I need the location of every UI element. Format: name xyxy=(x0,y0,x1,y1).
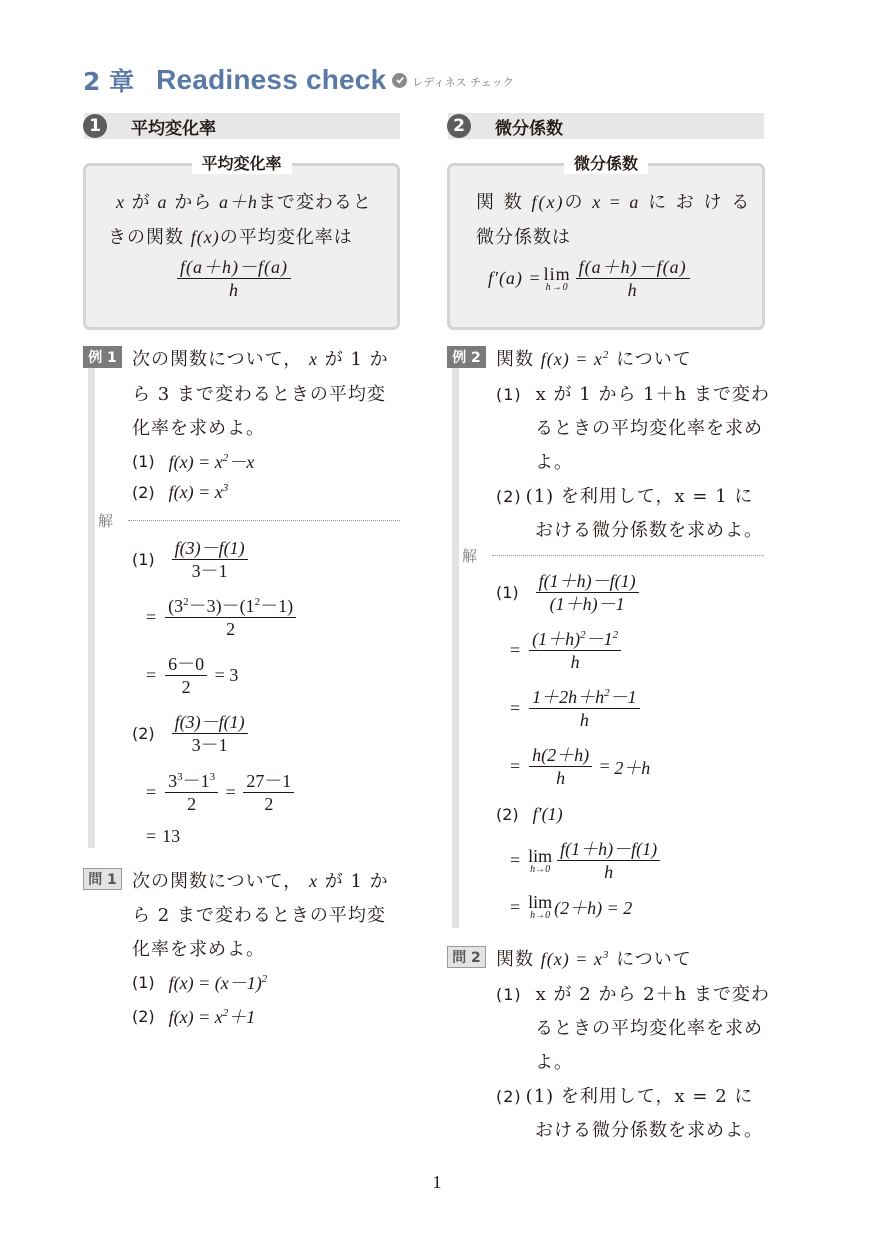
question-tag-2: 問 2 xyxy=(447,946,486,968)
chapter-label: 2 章 xyxy=(83,62,134,98)
title-subtitle: レディネス チェック xyxy=(412,74,513,90)
solution-2-step-3: = limh→0 (2＋h) = 2 xyxy=(510,893,632,921)
definition-box-derivative: 微分係数 関 数 f(x)の x = a に お け る 微分係数は f′(a)… xyxy=(447,163,765,330)
example-2-intro: 関数 f(x) = x2 について xyxy=(496,345,692,371)
question-1-text-line-1: 次の関数について， x が 1 か xyxy=(132,867,389,893)
section-number-badge: 2 xyxy=(447,114,471,138)
box-text-line-1: x が a から a＋hまで変わると xyxy=(116,188,372,214)
example-2-item-2-line-2: おける微分係数を求めよ。 xyxy=(535,516,763,542)
solution-1-step-1: (1) f(3)－f(1)3－1 xyxy=(132,537,251,582)
box-formula: f(a＋h)－f(a)h xyxy=(174,256,294,301)
solution-1-step-3: = 6－02 = 3 xyxy=(146,653,238,698)
example-2-item-2: (2)(1) を利用して，x = 1 に xyxy=(496,482,753,508)
example-tag-1: 例 1 xyxy=(83,346,122,368)
question-tag-1: 問 1 xyxy=(83,868,122,890)
example-1-text-line-3: 化率を求めよ。 xyxy=(132,414,265,440)
example-side-bar xyxy=(88,368,95,848)
solution-2-step-1: (2) f(3)－f(1)3－1 xyxy=(132,711,251,756)
section-title: 平均変化率 xyxy=(131,114,216,139)
section-title: 微分係数 xyxy=(495,114,563,139)
solution-2-step-1: (2)f′(1) xyxy=(496,804,563,825)
question-2-item-2-line-2: おける微分係数を求めよ。 xyxy=(535,1116,763,1142)
question-2-item-1-line-2: るときの平均変化率を求め xyxy=(535,1014,763,1040)
box-text-line-2: 微分係数は xyxy=(476,223,571,249)
question-1-text-line-3: 化率を求めよ。 xyxy=(132,935,265,961)
example-2-item-1-line-3: よ。 xyxy=(535,448,573,474)
solution-label: 解 xyxy=(462,545,477,566)
solution-1-step-1: (1) f(1＋h)－f(1)(1＋h)－1 xyxy=(496,570,642,615)
box-title: 平均変化率 xyxy=(191,151,291,174)
example-side-bar xyxy=(452,368,459,928)
definition-box-average-rate: 平均変化率 x が a から a＋hまで変わると きの関数 f(x)の平均変化率… xyxy=(83,163,400,330)
section-header-1: 1 平均変化率 xyxy=(84,113,400,139)
check-icon xyxy=(392,73,407,88)
example-2-item-1: (1)x が 1 から 1＋h まで変わ xyxy=(496,380,770,406)
question-2-item-1-line-3: よ。 xyxy=(535,1048,573,1074)
example-1-item-1: (1)f(x) = x2－x xyxy=(132,448,254,474)
box-title: 微分係数 xyxy=(564,151,648,174)
solution-1-step-2: = (32－3)－(12－1)2 xyxy=(146,595,299,640)
page-number: 1 xyxy=(0,1172,874,1193)
solution-divider xyxy=(128,520,400,521)
solution-label: 解 xyxy=(98,510,113,531)
example-2-item-1-line-2: るときの平均変化率を求め xyxy=(535,414,763,440)
question-1-text-line-2: ら 2 まで変わるときの平均変 xyxy=(132,901,386,927)
box-text-line-2: きの関数 f(x)の平均変化率は xyxy=(108,223,353,249)
example-tag-2: 例 2 xyxy=(447,346,486,368)
example-1-text-line-2: ら 3 まで変わるときの平均変 xyxy=(132,380,386,406)
example-1-text-line-1: 次の関数について， x が 1 か xyxy=(132,345,389,371)
example-1-item-2: (2)f(x) = x3 xyxy=(132,482,228,503)
solution-1-step-4: = h(2＋h)h = 2＋h xyxy=(510,744,650,789)
solution-1-step-2: = (1＋h)2－12h xyxy=(510,628,624,673)
section-header-2: 2 微分係数 xyxy=(448,113,764,139)
question-1-item-2: (2)f(x) = x2＋1 xyxy=(132,1003,255,1029)
solution-2-step-2: = limh→0 f(1＋h)－f(1)h xyxy=(510,838,663,883)
question-2-intro: 関数 f(x) = x3 について xyxy=(496,945,692,971)
box-formula: f′(a) = limh→0 f(a＋h)－f(a)h xyxy=(488,256,693,301)
question-2-item-1: (1)x が 2 から 2＋h まで変わ xyxy=(496,980,770,1006)
solution-2-step-2: = 33－132 = 27－12 xyxy=(146,770,297,815)
page-title: 2 章 Readiness check レディネス チェック xyxy=(83,60,514,100)
solution-2-result: =13 xyxy=(146,826,180,847)
section-number-badge: 1 xyxy=(83,114,107,138)
title-text: Readiness check xyxy=(156,64,386,96)
question-2-item-2: (2)(1) を利用して，x = 2 に xyxy=(496,1082,753,1108)
solution-divider xyxy=(492,555,764,556)
question-1-item-1: (1)f(x) = (x－1)2 xyxy=(132,969,267,995)
solution-1-step-3: = 1＋2h＋h2－1h xyxy=(510,686,643,731)
box-text-line-1: 関 数 f(x)の x = a に お け る xyxy=(476,188,751,214)
